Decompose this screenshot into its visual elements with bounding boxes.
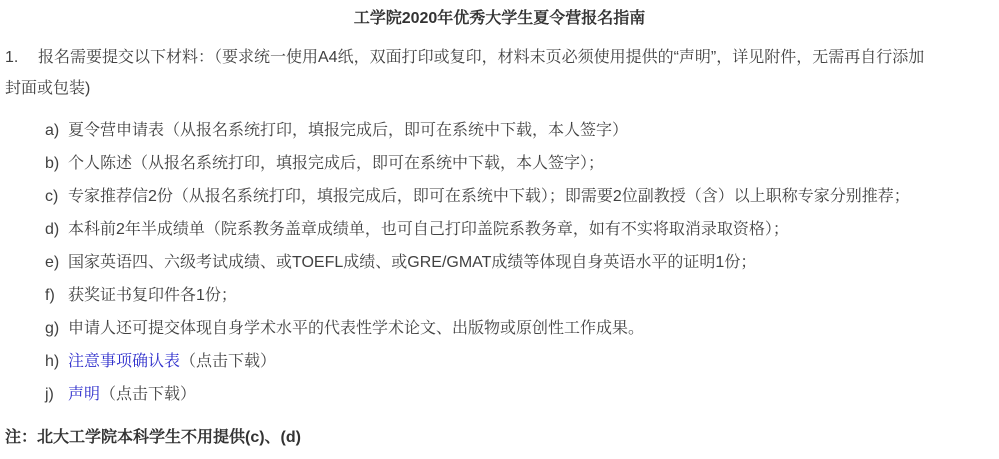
intro-number: 1.: [5, 42, 38, 73]
item-text: 申请人还可提交体现自身学术水平的代表性学术论文、出版物或原创性工作成果。: [68, 312, 644, 345]
list-item-e: e) 国家英语四、六级考试成绩、或TOEFL成绩、或GRE/GMAT成绩等体现自…: [45, 246, 994, 279]
item-label: b): [45, 147, 68, 180]
page-title: 工学院2020年优秀大学生夏令营报名指南: [5, 0, 994, 29]
download-hint: （点击下载）: [180, 353, 276, 370]
list-item-f: f) 获奖证书复印件各1份；: [45, 279, 994, 312]
download-hint: （点击下载）: [100, 386, 196, 403]
download-link-notice-confirmation-form[interactable]: 注意事项确认表: [68, 353, 180, 370]
item-text: 声明（点击下载）: [68, 378, 196, 411]
intro-text-line1: 报名需要提交以下材料：（要求统一使用A4纸，双面打印或复印，材料末页必须使用提供…: [38, 49, 924, 66]
item-label: a): [45, 114, 68, 147]
item-text: 获奖证书复印件各1份；: [68, 279, 237, 312]
download-link-statement[interactable]: 声明: [68, 386, 100, 403]
item-label: j): [45, 378, 68, 411]
item-label: f): [45, 279, 68, 312]
item-label: c): [45, 180, 68, 213]
item-label: g): [45, 312, 68, 345]
document: 工学院2020年优秀大学生夏令营报名指南 1.报名需要提交以下材料：（要求统一使…: [0, 0, 999, 454]
intro-text-line2: 封面或包装): [5, 80, 90, 97]
list-item-d: d) 本科前2年半成绩单（院系教务盖章成绩单，也可自己打印盖院系教务章，如有不实…: [45, 213, 994, 246]
material-list: a) 夏令营申请表（从报名系统打印，填报完成后，即可在系统中下载，本人签字） b…: [5, 114, 994, 411]
item-text: 本科前2年半成绩单（院系教务盖章成绩单，也可自己打印盖院系教务章，如有不实将取消…: [68, 213, 789, 246]
list-item-g: g) 申请人还可提交体现自身学术水平的代表性学术论文、出版物或原创性工作成果。: [45, 312, 994, 345]
item-label: e): [45, 246, 68, 279]
item-text: 个人陈述（从报名系统打印，填报完成后，即可在系统中下载，本人签字）；: [68, 147, 604, 180]
intro-paragraph: 1.报名需要提交以下材料：（要求统一使用A4纸，双面打印或复印，材料末页必须使用…: [5, 42, 994, 104]
list-item-h: h) 注意事项确认表（点击下载）: [45, 345, 994, 378]
item-text: 国家英语四、六级考试成绩、或TOEFL成绩、或GRE/GMAT成绩等体现自身英语…: [68, 246, 756, 279]
item-text: 夏令营申请表（从报名系统打印，填报完成后，即可在系统中下载，本人签字）: [68, 114, 628, 147]
footnote: 注：北大工学院本科学生不用提供(c)、(d): [5, 421, 994, 454]
item-text: 注意事项确认表（点击下载）: [68, 345, 276, 378]
item-text: 专家推荐信2份（从报名系统打印，填报完成后，即可在系统中下载）；即需要2位副教授…: [68, 180, 910, 213]
list-item-b: b) 个人陈述（从报名系统打印，填报完成后，即可在系统中下载，本人签字）；: [45, 147, 994, 180]
list-item-c: c) 专家推荐信2份（从报名系统打印，填报完成后，即可在系统中下载）；即需要2位…: [45, 180, 994, 213]
item-label: d): [45, 213, 68, 246]
list-item-j: j) 声明（点击下载）: [45, 378, 994, 411]
item-label: h): [45, 345, 68, 378]
list-item-a: a) 夏令营申请表（从报名系统打印，填报完成后，即可在系统中下载，本人签字）: [45, 114, 994, 147]
